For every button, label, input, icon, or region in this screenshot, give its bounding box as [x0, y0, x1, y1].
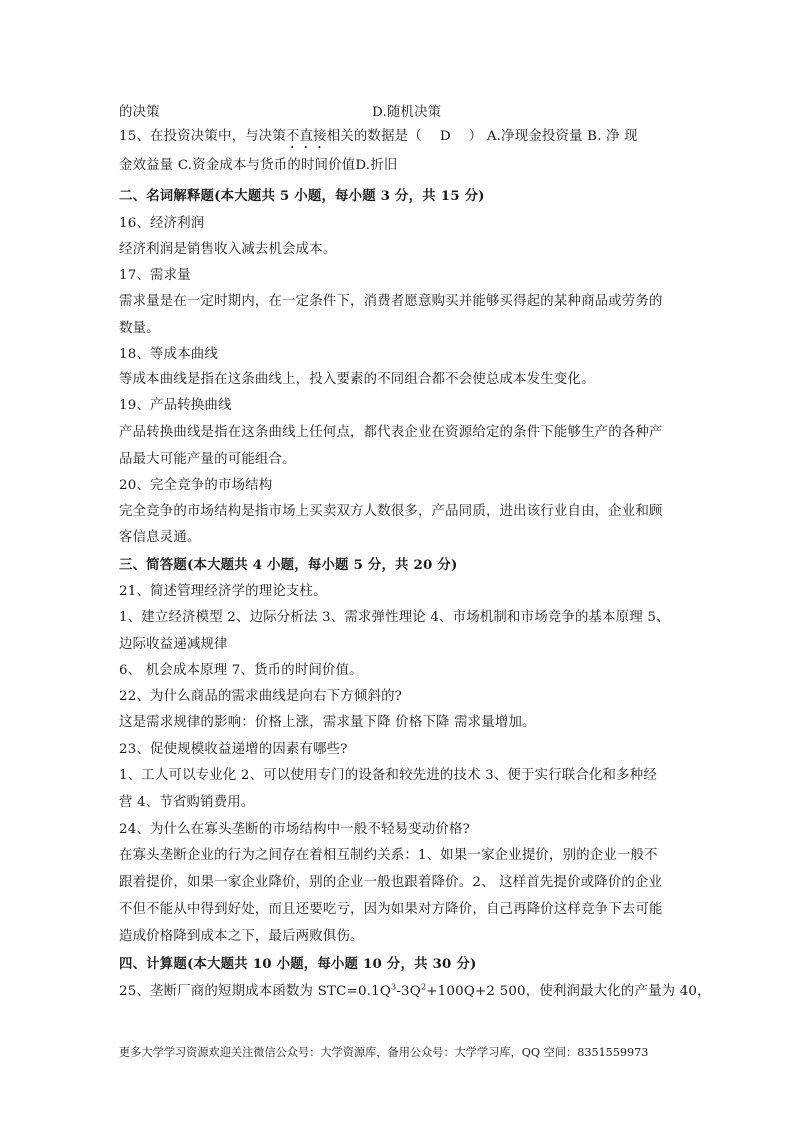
- q21-title: 21、简述管理经济学的理论支柱。: [119, 583, 327, 601]
- q16-title: 16、经济利润: [119, 215, 204, 233]
- q14-option-d: D.随机决策: [372, 104, 441, 122]
- q25-text-part3: +100Q+2 500，使利润最大化的产量为 40，: [426, 984, 711, 999]
- q16-answer: 经济利润是销售收入减去机会成本。: [119, 241, 336, 259]
- section3-heading: 三、简答题(本大题共 4 小题，每小题 5 分，共 20 分): [119, 556, 458, 574]
- q15-line2: 金效益量 C.资金成本与货币的时间价值D.折旧: [119, 157, 397, 175]
- q15-suffix: 相关的数据是（: [327, 129, 422, 144]
- q21-answer-line1: 1、建立经济模型 2、边际分析法 3、需求弹性理论 4、市场机制和市场竞争的基本…: [119, 609, 670, 627]
- q14-tail-left: 的决策: [119, 105, 160, 120]
- q19-title: 19、产品转换曲线: [119, 397, 232, 415]
- q17-answer-line1: 需求量是在一定时期内，在一定条件下，消费者愿意购买并能够买得起的某种商品或劳务的: [119, 293, 663, 311]
- section2-heading: 二、名词解释题(本大题共 5 小题，每小题 3 分，共 15 分): [119, 187, 485, 205]
- q14-tail: 的决策 D.随机决策: [119, 104, 160, 122]
- q17-answer-line2: 数量。: [119, 320, 160, 338]
- q24-answer-line2: 跟着提价，如果一家企业降价，别的企业一般也跟着降价。2、 这样首先提价或降价的企…: [119, 874, 662, 892]
- q25-text-part1: 25、垄断厂商的短期成本函数为 STC=0.1Q: [119, 984, 391, 999]
- q15-prefix: 15、在投资决策中，与决策: [119, 129, 286, 144]
- q19-answer-line2: 品最大可能产量的可能组合。: [119, 451, 296, 469]
- q25-line1: 25、垄断厂商的短期成本函数为 STC=0.1Q3-3Q2+100Q+2 500…: [119, 983, 711, 1001]
- q24-answer-line1: 在寡头垄断企业的行为之间存在着相互制约关系：1、如果一家企业提价，别的企业一般不: [119, 847, 658, 865]
- q15-options-ab: ） A.净现金投资量 B. 净 现: [469, 129, 638, 144]
- q24-answer-line4: 造成价格降到成本之下，最后两败俱伤。: [119, 928, 364, 946]
- q18-title: 18、等成本曲线: [119, 346, 218, 364]
- q22-answer: 这是需求规律的影响：价格上涨，需求量下降 价格下降 需求量增加。: [119, 714, 536, 732]
- q22-title: 22、为什么商品的需求曲线是向右下方倾斜的?: [119, 688, 402, 706]
- q17-title: 17、需求量: [119, 267, 191, 285]
- q15-answer: D: [422, 129, 469, 144]
- q23-title: 23、促使规模收益递增的因素有哪些?: [119, 741, 348, 759]
- q24-answer-line3: 不但不能从中得到好处，而且还要吃亏，因为如果对方降价，自己再降价这样竞争下去可能: [119, 901, 663, 919]
- q20-answer-line1: 完全竞争的市场结构是指市场上买卖双方人数很多，产品同质，进出该行业自由，企业和顾: [119, 503, 663, 521]
- q18-answer: 等成本曲线是指在这条曲线上，投入要素的不同组合都不会使总成本发生变化。: [119, 371, 595, 389]
- q23-answer-line2: 营 4、节省购销费用。: [119, 794, 255, 812]
- q15-emphasis: 不直接: [286, 129, 327, 144]
- q21-answer-line2: 边际收益递减规律: [119, 636, 228, 654]
- q20-answer-line2: 客信息灵通。: [119, 529, 201, 547]
- q23-answer-line1: 1、工人可以专业化 2、可以使用专门的设备和较先进的技术 3、便于实行联合化和多…: [119, 767, 657, 785]
- page-footer: 更多大学学习资源欢迎关注微信公众号：大学资源库，备用公众号：大学学习库，QQ 空…: [119, 1044, 648, 1060]
- q24-title: 24、为什么在寡头垄断的市场结构中一般不轻易变动价格?: [119, 821, 470, 839]
- q20-title: 20、完全竞争的市场结构: [119, 477, 272, 495]
- section4-heading: 四、计算题(本大题共 10 小题，每小题 10 分，共 30 分): [119, 955, 477, 973]
- q21-answer-line3: 6、 机会成本原理 7、货币的时间价值。: [119, 662, 363, 680]
- q25-text-part2: -3Q: [396, 984, 421, 999]
- q15-line1: 15、在投资决策中，与决策不直接相关的数据是（D） A.净现金投资量 B. 净 …: [119, 128, 638, 152]
- q19-answer-line1: 产品转换曲线是指在这条曲线上任何点，都代表企业在资源给定的条件下能够生产的各种产: [119, 424, 663, 442]
